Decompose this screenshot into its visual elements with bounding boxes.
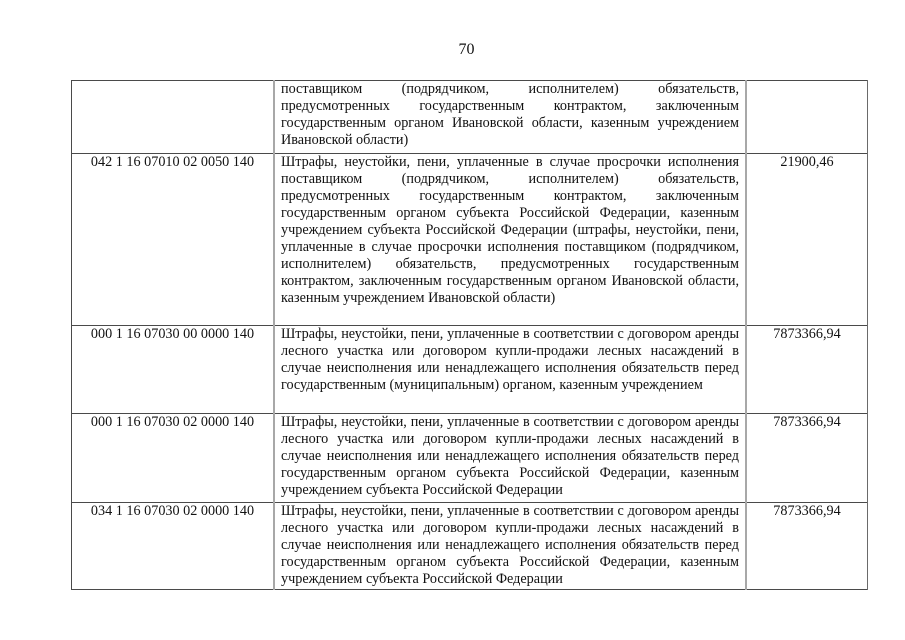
amount-value: 7873366,94	[746, 503, 868, 590]
revenue-description: Штрафы, неустойки, пени, уплаченные в со…	[274, 503, 746, 590]
budget-classification-code: 034 1 16 07030 02 0000 140	[72, 503, 275, 590]
table-row: 000 1 16 07030 00 0000 140 Штрафы, неуст…	[72, 326, 868, 414]
table-row: поставщиком (подрядчиком, исполнителем) …	[72, 81, 868, 154]
budget-classification-code: 042 1 16 07010 02 0050 140	[72, 154, 275, 326]
amount-value: 7873366,94	[746, 414, 868, 503]
table-row: 000 1 16 07030 02 0000 140 Штрафы, неуст…	[72, 414, 868, 503]
budget-revenue-table: поставщиком (подрядчиком, исполнителем) …	[71, 80, 868, 590]
page-number: 70	[0, 41, 905, 59]
table-row: 042 1 16 07010 02 0050 140 Штрафы, неуст…	[72, 154, 868, 326]
amount-value: 7873366,94	[746, 326, 868, 414]
revenue-description: Штрафы, неустойки, пени, уплаченные в со…	[274, 326, 746, 414]
budget-classification-code	[72, 81, 275, 154]
table-row: 034 1 16 07030 02 0000 140 Штрафы, неуст…	[72, 503, 868, 590]
amount-value: 21900,46	[746, 154, 868, 326]
revenue-description: Штрафы, неустойки, пени, уплаченные в сл…	[274, 154, 746, 326]
revenue-description: поставщиком (подрядчиком, исполнителем) …	[274, 81, 746, 154]
budget-classification-code: 000 1 16 07030 00 0000 140	[72, 326, 275, 414]
amount-value	[746, 81, 868, 154]
revenue-description: Штрафы, неустойки, пени, уплаченные в со…	[274, 414, 746, 503]
budget-classification-code: 000 1 16 07030 02 0000 140	[72, 414, 275, 503]
